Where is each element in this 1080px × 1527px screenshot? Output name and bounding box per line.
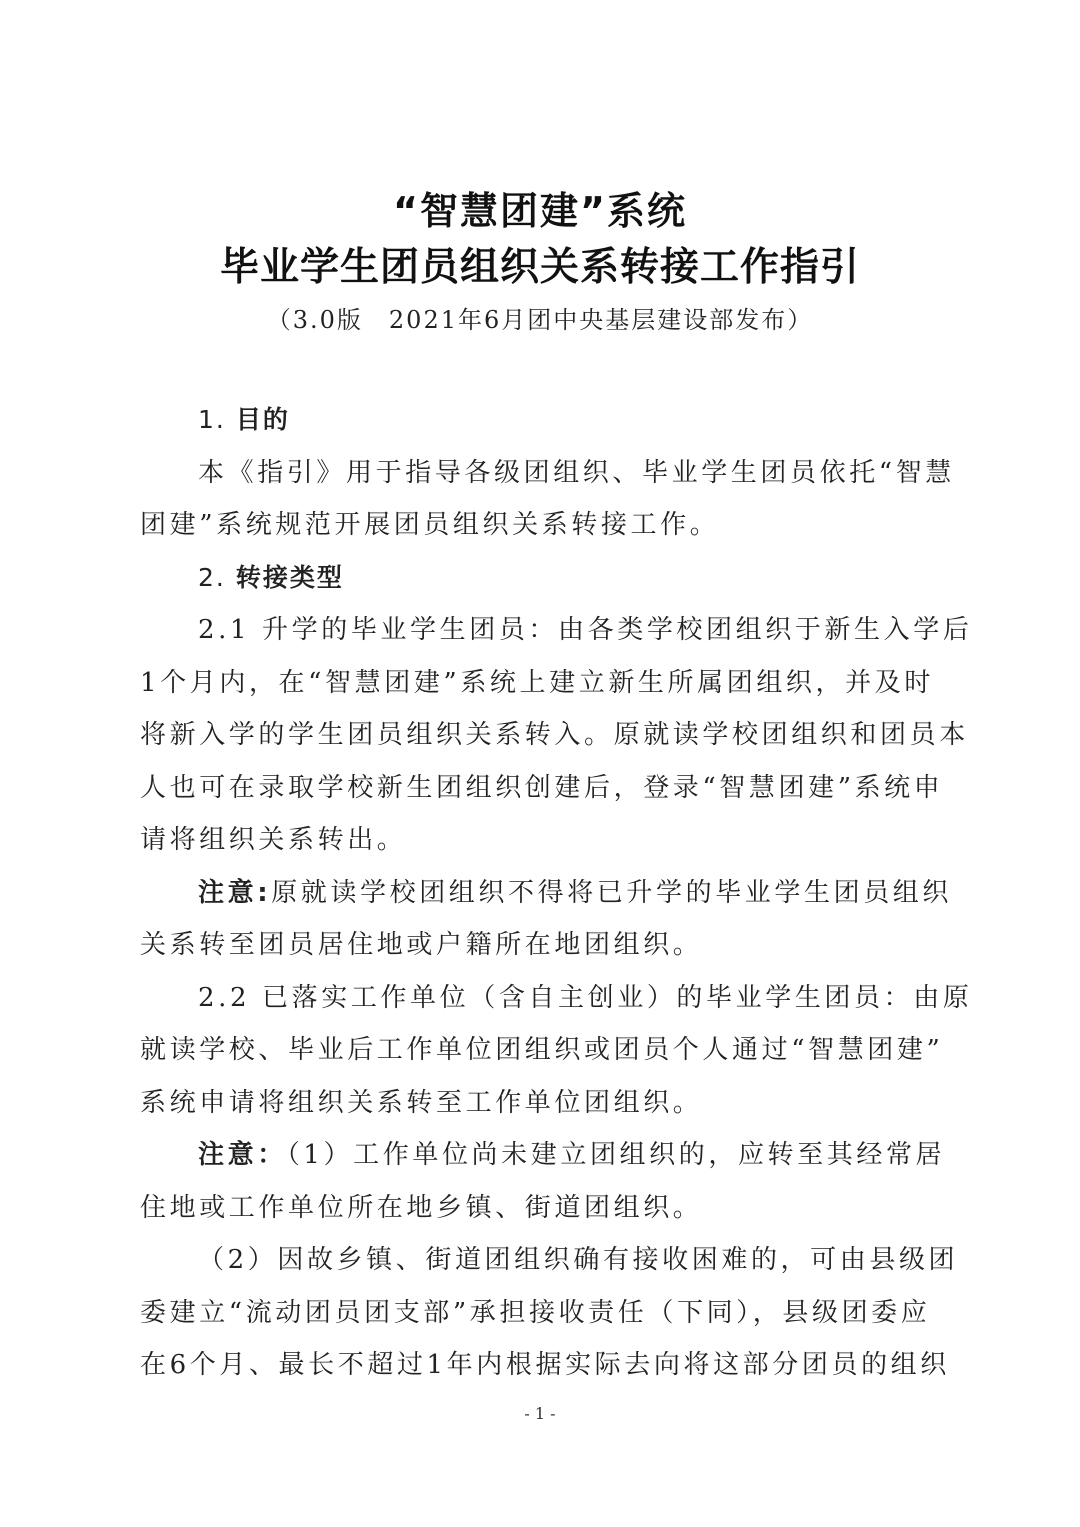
paragraph-line: 2.1 升学的毕业学生团员：由各类学校团组织于新生入学后 bbox=[140, 604, 940, 657]
section-number: 1. bbox=[198, 405, 226, 434]
paragraph-line: （2）因故乡镇、街道团组织确有接收困难的，可由县级团 bbox=[140, 1234, 940, 1287]
note-text: 原就读学校团组织不得将已升学的毕业学生团员组织 bbox=[271, 878, 952, 908]
paragraph-line: 本《指引》用于指导各级团组织、毕业学生团员依托“智慧 bbox=[140, 447, 940, 500]
paragraph-line: 请将组织关系转出。 bbox=[140, 814, 940, 867]
paragraph-line: 1个月内，在“智慧团建”系统上建立新生所属团组织，并及时 bbox=[140, 657, 940, 710]
paragraph-line: 系统申请将组织关系转至工作单位团组织。 bbox=[140, 1077, 940, 1130]
paragraph-line: 2.2 已落实工作单位（含自主创业）的毕业学生团员：由原 bbox=[140, 972, 940, 1025]
paragraph-line: 就读学校、毕业后工作单位团组织或团员个人通过“智慧团建” bbox=[140, 1024, 940, 1077]
note-label: 注意： bbox=[198, 1140, 287, 1170]
section-title: 目的 bbox=[236, 405, 290, 434]
document-body: 1. 目的 本《指引》用于指导各级团组织、毕业学生团员依托“智慧 团建”系统规范… bbox=[140, 394, 940, 1392]
document-title-line2: 毕业学生团员组织关系转接工作指引 bbox=[0, 236, 1080, 292]
paragraph-line: 在6个月、最长不超过1年内根据实际去向将这部分团员的组织 bbox=[140, 1339, 940, 1392]
document-title-line1: “智慧团建”系统 bbox=[0, 180, 1080, 235]
note-line: 注意：（1）工作单位尚未建立团组织的，应转至其经常居 bbox=[140, 1129, 940, 1182]
document-subtitle: （3.0版 2021年6月团中央基层建设部发布） bbox=[0, 300, 1080, 335]
page-number: - 1 - bbox=[0, 1404, 1080, 1423]
paragraph-line: 关系转至团员居住地或户籍所在地团组织。 bbox=[140, 919, 940, 972]
paragraph-line: 团建”系统规范开展团员组织关系转接工作。 bbox=[140, 499, 940, 552]
section-heading-transfer-types: 2. 转接类型 bbox=[140, 552, 940, 605]
paragraph-line: 委建立“流动团员团支部”承担接收责任（下同），县级团委应 bbox=[140, 1287, 940, 1340]
section-title: 转接类型 bbox=[236, 563, 344, 592]
section-heading-purpose: 1. 目的 bbox=[140, 394, 940, 447]
paragraph-line: 人也可在录取学校新生团组织创建后，登录“智慧团建”系统申 bbox=[140, 762, 940, 815]
note-text: （1）工作单位尚未建立团组织的，应转至其经常居 bbox=[287, 1140, 945, 1170]
paragraph-line: 将新入学的学生团员组织关系转入。原就读学校团组织和团员本 bbox=[140, 709, 940, 762]
note-label: 注意: bbox=[198, 878, 271, 908]
paragraph-line: 住地或工作单位所在地乡镇、街道团组织。 bbox=[140, 1182, 940, 1235]
note-line: 注意:原就读学校团组织不得将已升学的毕业学生团员组织 bbox=[140, 867, 940, 920]
section-number: 2. bbox=[198, 563, 226, 592]
